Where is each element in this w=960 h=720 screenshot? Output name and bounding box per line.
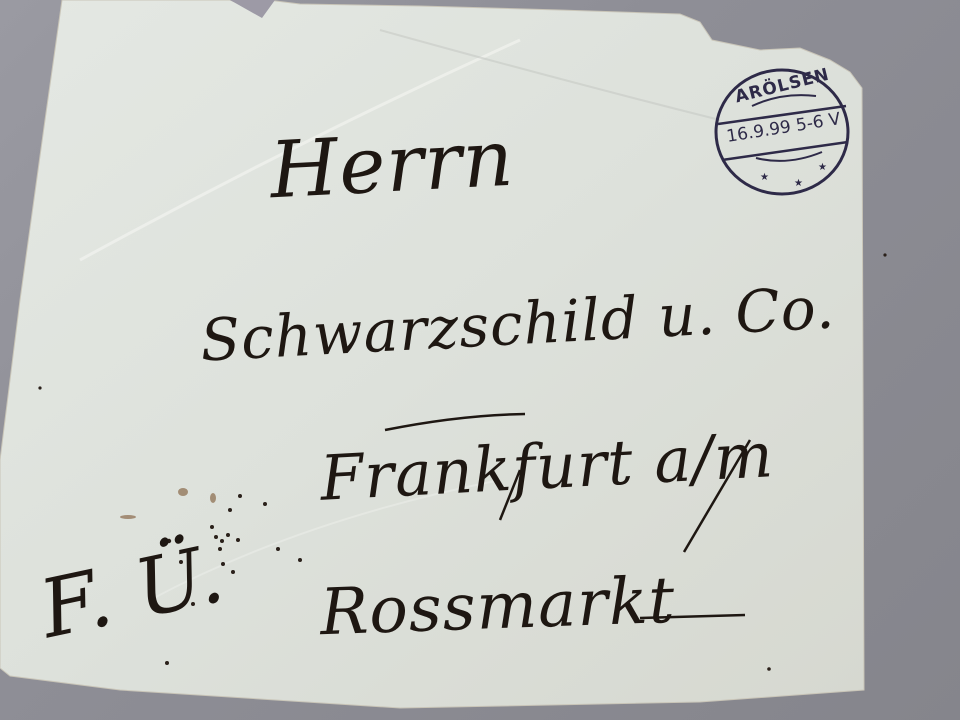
address-street: Rossmarkt	[319, 564, 677, 650]
svg-text:★: ★	[760, 172, 769, 183]
envelope: ★ ★ ★ ARÖLSEN 16.9.99 5-6 V Herrn Schwar…	[0, 0, 960, 720]
svg-text:★: ★	[818, 162, 827, 173]
postmark-stamp: ★ ★ ★ ARÖLSEN 16.9.99 5-6 V	[712, 66, 852, 198]
address-salutation: Herrn	[268, 114, 516, 217]
photo-scene: ★ ★ ★ ARÖLSEN 16.9.99 5-6 V Herrn Schwar…	[0, 0, 960, 720]
svg-text:★: ★	[794, 178, 803, 189]
